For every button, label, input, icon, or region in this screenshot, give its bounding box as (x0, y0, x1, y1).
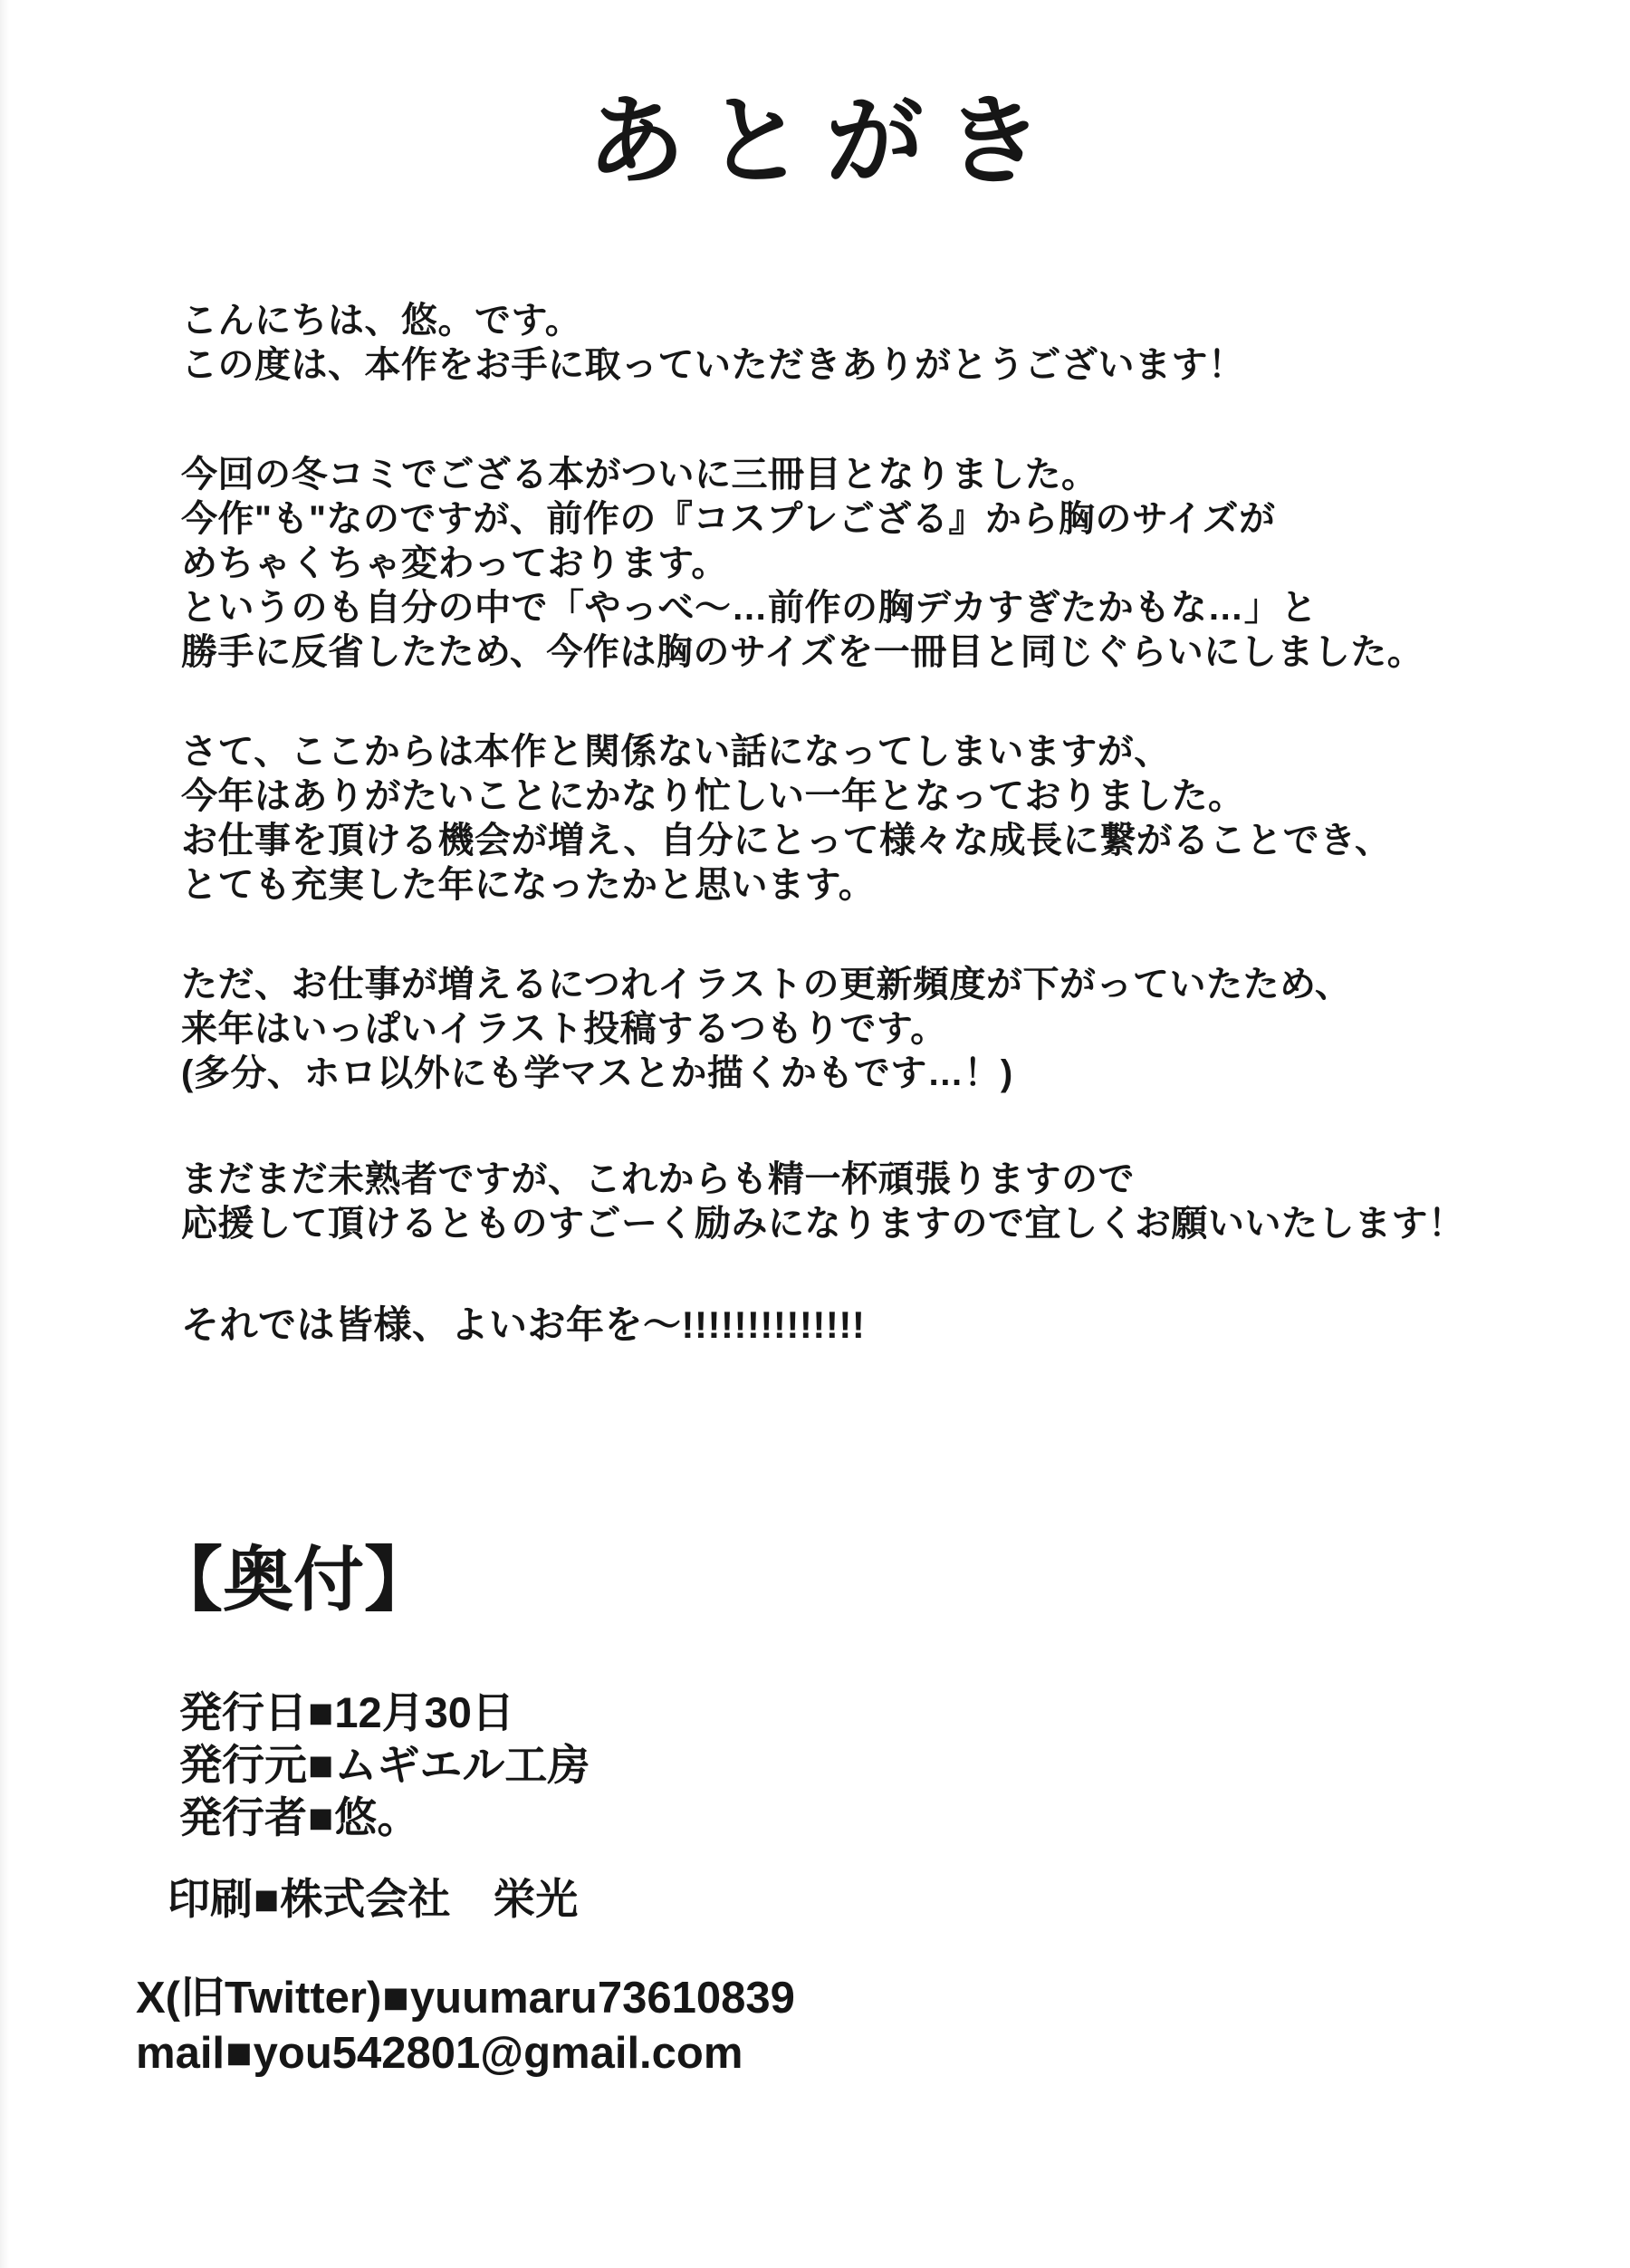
entry-label: mail (136, 2029, 225, 2078)
paragraph-line: 今年はありがたいことにかなり忙しい一年となっておりました。 (181, 774, 1548, 819)
paragraph-line: まだまだ未熟者ですが、これからも精一杯頑張りますので (181, 1158, 1548, 1202)
entry-label: X(旧Twitter) (136, 1974, 381, 2023)
entry-label: 発行日 (179, 1688, 307, 1736)
colophon-entry-printer: 印刷■株式会社 栄光 (168, 1873, 578, 1926)
separator-square: ■ (253, 1875, 280, 1923)
separator-square: ■ (307, 1688, 334, 1736)
paragraph-line: 応援して頂けるとものすごーく励みになりますので宜しくお願いいたします！ (181, 1202, 1548, 1246)
paragraph-line: この度は、本作をお手に取っていただきありがとうございます！ (181, 343, 1548, 388)
paragraph-year-review: さて、ここからは本作と関係ない話になってしまいますが、 今年はありがたいことにか… (181, 730, 1548, 908)
paragraph-line: 来年はいっぱいイラスト投稿するつもりです。 (181, 1007, 1548, 1052)
entry-value: you542801@gmail.com (254, 2029, 743, 2078)
paragraph-line: めちゃくちゃ変わっております。 (181, 542, 1548, 586)
paragraph-book-history: 今回の冬コミでござる本がついに三冊目となりました。 今作"も"なのですが、前作の… (181, 453, 1548, 675)
colophon-entry-publisher-circle: 発行元■ムギエル工房 (179, 1739, 590, 1792)
scan-edge-artifact (0, 0, 9, 2268)
paragraph-line: とても充実した年になったかと思います。 (181, 863, 1548, 908)
entry-label: 印刷 (168, 1875, 253, 1923)
colophon-entry-publish-date: 発行日■12月30日 (179, 1687, 590, 1739)
paragraph-line: というのも自分の中で「やっべ～…前作の胸デカすぎたかもな…」と (181, 586, 1548, 630)
paragraph-thanks: まだまだ未熟者ですが、これからも精一杯頑張りますので 応援して頂けるとものすごー… (181, 1158, 1548, 1246)
contact-x-twitter: X(旧Twitter)■yuumaru73610839 (136, 1971, 795, 2026)
paragraph-line: 今回の冬コミでござる本がついに三冊目となりました。 (181, 453, 1548, 497)
paragraph-line: 勝手に反省したため、今作は胸のサイズを一冊目と同じぐらいにしました。 (181, 630, 1548, 675)
paragraph-next-year-plans: ただ、お仕事が増えるにつれイラストの更新頻度が下がっていたため、 来年はいっぱい… (181, 963, 1548, 1096)
colophon-entries: 発行日■12月30日 発行元■ムギエル工房 発行者■悠。 (179, 1687, 590, 1844)
afterword-page: あとがき こんにちは、悠。です。 この度は、本作をお手に取っていただきありがとう… (0, 0, 1630, 2268)
entry-value: ムギエル工房 (334, 1741, 590, 1789)
paragraph-line: さて、ここからは本作と関係ない話になってしまいますが、 (181, 730, 1548, 774)
separator-square: ■ (307, 1793, 334, 1841)
paragraph-line: お仕事を頂ける機会が増え、自分にとって様々な成長に繋がることでき、 (181, 819, 1548, 863)
paragraph-line: 今作"も"なのですが、前作の『コスプレござる』から胸のサイズが (181, 497, 1548, 542)
separator-square: ■ (307, 1741, 334, 1789)
separator-square: ■ (381, 1974, 410, 2023)
paragraph-line: こんにちは、悠。です。 (181, 299, 1548, 343)
page-title: あとがき (0, 80, 1630, 202)
entry-value: 株式会社 栄光 (280, 1875, 578, 1923)
entry-value: 悠。 (334, 1793, 419, 1841)
entry-value: yuumaru73610839 (410, 1974, 795, 2023)
closing-line: それでは皆様、よいお年を～!!!!!!!!!!!!!! (181, 1302, 865, 1348)
paragraph-greeting: こんにちは、悠。です。 この度は、本作をお手に取っていただきありがとうございます… (181, 299, 1548, 388)
colophon-header: 【奥付】 (152, 1540, 435, 1621)
paragraph-line: (多分、ホロ以外にも学マスとか描くかもです…！) (181, 1052, 1548, 1096)
paragraph-line: ただ、お仕事が増えるにつれイラストの更新頻度が下がっていたため、 (181, 963, 1548, 1007)
entry-value: 12月30日 (334, 1688, 514, 1736)
entry-label: 発行元 (179, 1741, 307, 1789)
separator-square: ■ (225, 2029, 254, 2078)
colophon-entry-author: 発行者■悠。 (179, 1792, 590, 1844)
contact-mail: mail■you542801@gmail.com (136, 2026, 795, 2081)
contact-block: X(旧Twitter)■yuumaru73610839 mail■you5428… (136, 1971, 795, 2081)
entry-label: 発行者 (179, 1793, 307, 1841)
